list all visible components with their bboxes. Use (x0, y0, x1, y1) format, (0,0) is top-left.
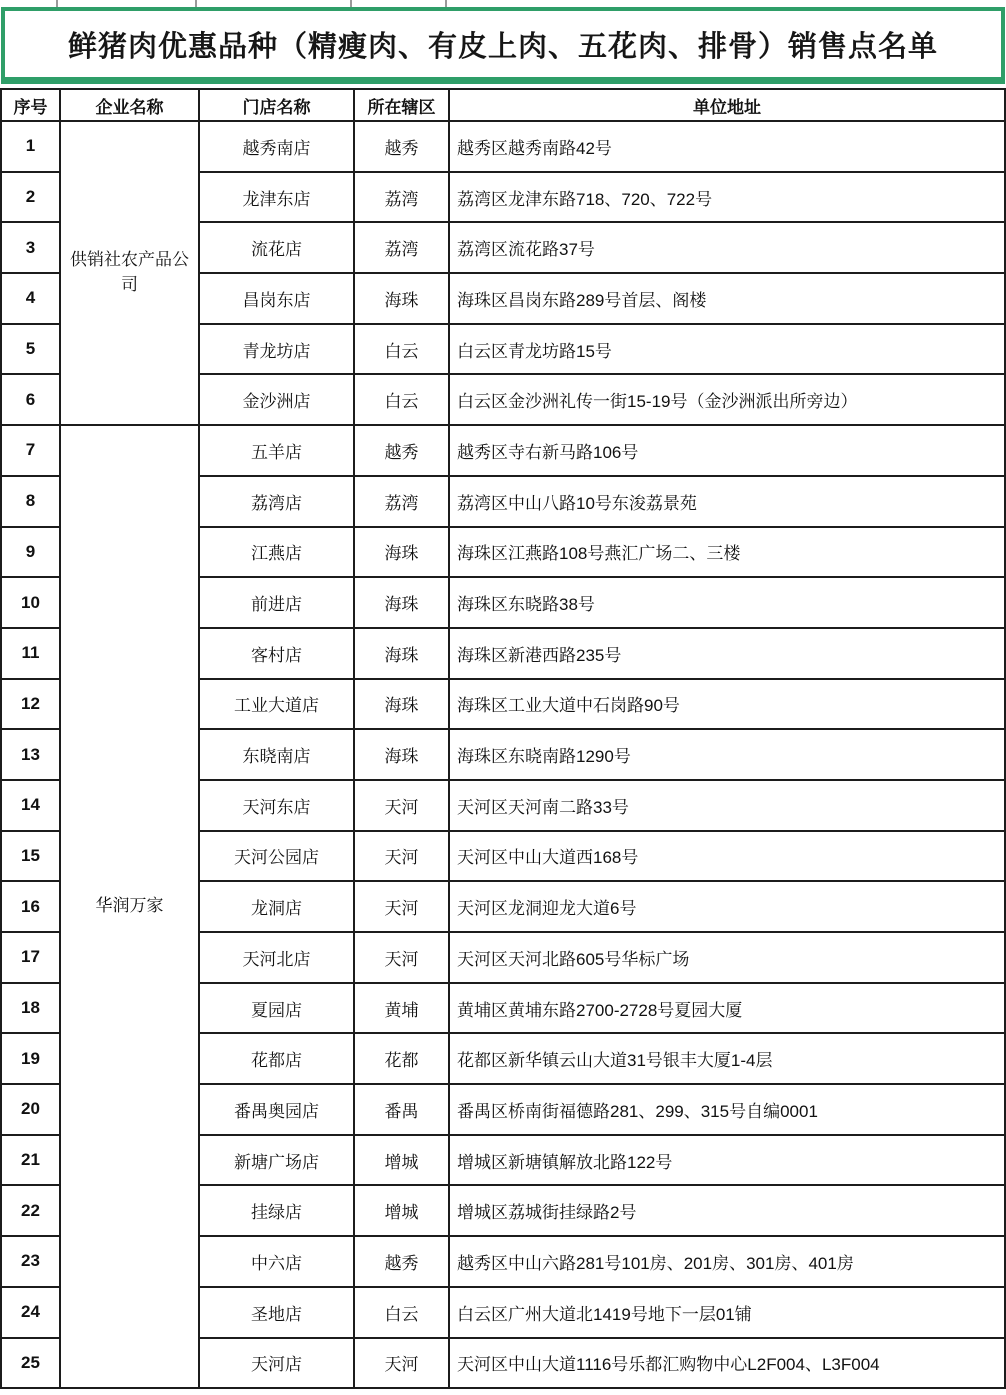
cell-store: 天河东店 (199, 780, 354, 831)
cell-district: 海珠 (354, 577, 449, 628)
cell-district: 越秀 (354, 121, 449, 172)
cell-district: 天河 (354, 831, 449, 882)
cell-district: 海珠 (354, 679, 449, 730)
cell-address: 越秀区越秀南路42号 (449, 121, 1005, 172)
cell-company: 华润万家 (60, 425, 199, 1388)
cell-no: 25 (1, 1338, 60, 1389)
cell-no: 3 (1, 222, 60, 273)
cell-no: 6 (1, 374, 60, 425)
cell-address: 海珠区昌岗东路289号首层、阁楼 (449, 273, 1005, 324)
cell-no: 7 (1, 425, 60, 476)
cell-no: 19 (1, 1033, 60, 1084)
cell-store: 天河公园店 (199, 831, 354, 882)
cell-no: 21 (1, 1135, 60, 1186)
cell-store: 中六店 (199, 1236, 354, 1287)
cell-store: 挂绿店 (199, 1185, 354, 1236)
cell-address: 白云区青龙坊路15号 (449, 324, 1005, 375)
cell-address: 海珠区东晓路38号 (449, 577, 1005, 628)
cell-district: 增城 (354, 1185, 449, 1236)
column-header-company: 企业名称 (60, 89, 199, 121)
cell-store: 前进店 (199, 577, 354, 628)
column-header-store: 门店名称 (199, 89, 354, 121)
cell-store: 越秀南店 (199, 121, 354, 172)
grid-line (195, 0, 197, 7)
cell-address: 花都区新华镇云山大道31号银丰大厦1-4层 (449, 1033, 1005, 1084)
cell-address: 海珠区江燕路108号燕汇广场二、三楼 (449, 527, 1005, 578)
cell-no: 16 (1, 881, 60, 932)
cell-address: 天河区天河北路605号华标广场 (449, 932, 1005, 983)
cell-district: 花都 (354, 1033, 449, 1084)
cell-district: 海珠 (354, 273, 449, 324)
cell-district: 番禺 (354, 1084, 449, 1135)
cell-store: 金沙洲店 (199, 374, 354, 425)
page-title: 鲜猪肉优惠品种（精瘦肉、有皮上肉、五花肉、排骨）销售点名单 (68, 24, 938, 65)
cell-district: 白云 (354, 324, 449, 375)
column-header-district: 所在辖区 (354, 89, 449, 121)
cell-address: 越秀区寺右新马路106号 (449, 425, 1005, 476)
cell-store: 番禺奥园店 (199, 1084, 354, 1135)
cell-store: 龙洞店 (199, 881, 354, 932)
cell-address: 天河区中山大道西168号 (449, 831, 1005, 882)
cell-no: 8 (1, 476, 60, 527)
cell-district: 天河 (354, 881, 449, 932)
cell-address: 越秀区中山六路281号101房、201房、301房、401房 (449, 1236, 1005, 1287)
column-header-no: 序号 (1, 89, 60, 121)
grid-line (445, 0, 447, 7)
cell-no: 9 (1, 527, 60, 578)
cell-district: 越秀 (354, 1236, 449, 1287)
cell-address: 海珠区工业大道中石岗路90号 (449, 679, 1005, 730)
cell-address: 荔湾区中山八路10号东浚荔景苑 (449, 476, 1005, 527)
cell-no: 13 (1, 729, 60, 780)
cell-address: 海珠区新港西路235号 (449, 628, 1005, 679)
table-row: 7华润万家五羊店越秀越秀区寺右新马路106号 (1, 425, 1005, 476)
grid-line (56, 0, 58, 7)
cell-address: 荔湾区龙津东路718、720、722号 (449, 172, 1005, 223)
cell-address: 天河区中山大道1116号乐都汇购物中心L2F004、L3F004 (449, 1338, 1005, 1389)
header-row: 序号 企业名称 门店名称 所在辖区 单位地址 (1, 89, 1005, 121)
cell-no: 24 (1, 1287, 60, 1338)
cell-address: 海珠区东晓南路1290号 (449, 729, 1005, 780)
cell-no: 17 (1, 932, 60, 983)
cell-address: 白云区广州大道北1419号地下一层01铺 (449, 1287, 1005, 1338)
cell-no: 1 (1, 121, 60, 172)
cell-address: 荔湾区流花路37号 (449, 222, 1005, 273)
cell-store: 花都店 (199, 1033, 354, 1084)
cell-district: 海珠 (354, 527, 449, 578)
table-body: 1供销社农产品公司越秀南店越秀越秀区越秀南路42号2龙津东店荔湾荔湾区龙津东路7… (1, 121, 1005, 1388)
cell-store: 圣地店 (199, 1287, 354, 1338)
cell-store: 荔湾店 (199, 476, 354, 527)
cell-district: 白云 (354, 1287, 449, 1338)
cell-no: 2 (1, 172, 60, 223)
column-header-address: 单位地址 (449, 89, 1005, 121)
cell-no: 22 (1, 1185, 60, 1236)
cell-no: 23 (1, 1236, 60, 1287)
cell-district: 白云 (354, 374, 449, 425)
cell-district: 海珠 (354, 628, 449, 679)
cell-no: 5 (1, 324, 60, 375)
cell-address: 白云区金沙洲礼传一街15-19号（金沙洲派出所旁边） (449, 374, 1005, 425)
cell-store: 青龙坊店 (199, 324, 354, 375)
table-row: 1供销社农产品公司越秀南店越秀越秀区越秀南路42号 (1, 121, 1005, 172)
cell-store: 客村店 (199, 628, 354, 679)
cell-district: 天河 (354, 1338, 449, 1389)
cell-no: 20 (1, 1084, 60, 1135)
cell-district: 黄埔 (354, 983, 449, 1034)
cell-no: 18 (1, 983, 60, 1034)
cell-district: 越秀 (354, 425, 449, 476)
cell-store: 天河北店 (199, 932, 354, 983)
cell-no: 10 (1, 577, 60, 628)
cell-company: 供销社农产品公司 (60, 121, 199, 425)
page: 鲜猪肉优惠品种（精瘦肉、有皮上肉、五花肉、排骨）销售点名单 序号 企业名称 门店… (0, 0, 1006, 1395)
cell-address: 增城区新塘镇解放北路122号 (449, 1135, 1005, 1186)
cell-no: 12 (1, 679, 60, 730)
cell-address: 天河区天河南二路33号 (449, 780, 1005, 831)
grid-line (350, 0, 352, 7)
cell-no: 14 (1, 780, 60, 831)
cell-address: 黄埔区黄埔东路2700-2728号夏园大厦 (449, 983, 1005, 1034)
cell-address: 增城区荔城街挂绿路2号 (449, 1185, 1005, 1236)
cell-no: 11 (1, 628, 60, 679)
cell-store: 龙津东店 (199, 172, 354, 223)
top-grid-sliver (0, 0, 1006, 7)
cell-address: 番禺区桥南街福德路281、299、315号自编0001 (449, 1084, 1005, 1135)
cell-district: 增城 (354, 1135, 449, 1186)
cell-address: 天河区龙洞迎龙大道6号 (449, 881, 1005, 932)
cell-store: 江燕店 (199, 527, 354, 578)
cell-store: 天河店 (199, 1338, 354, 1389)
cell-no: 4 (1, 273, 60, 324)
cell-store: 工业大道店 (199, 679, 354, 730)
cell-store: 昌岗东店 (199, 273, 354, 324)
cell-district: 天河 (354, 780, 449, 831)
cell-store: 东晓南店 (199, 729, 354, 780)
title-banner: 鲜猪肉优惠品种（精瘦肉、有皮上肉、五花肉、排骨）销售点名单 (1, 7, 1005, 84)
cell-district: 天河 (354, 932, 449, 983)
sales-points-table: 序号 企业名称 门店名称 所在辖区 单位地址 1供销社农产品公司越秀南店越秀越秀… (0, 88, 1006, 1389)
cell-district: 荔湾 (354, 222, 449, 273)
cell-no: 15 (1, 831, 60, 882)
cell-store: 流花店 (199, 222, 354, 273)
cell-district: 海珠 (354, 729, 449, 780)
cell-store: 新塘广场店 (199, 1135, 354, 1186)
cell-district: 荔湾 (354, 476, 449, 527)
cell-store: 五羊店 (199, 425, 354, 476)
cell-district: 荔湾 (354, 172, 449, 223)
cell-store: 夏园店 (199, 983, 354, 1034)
